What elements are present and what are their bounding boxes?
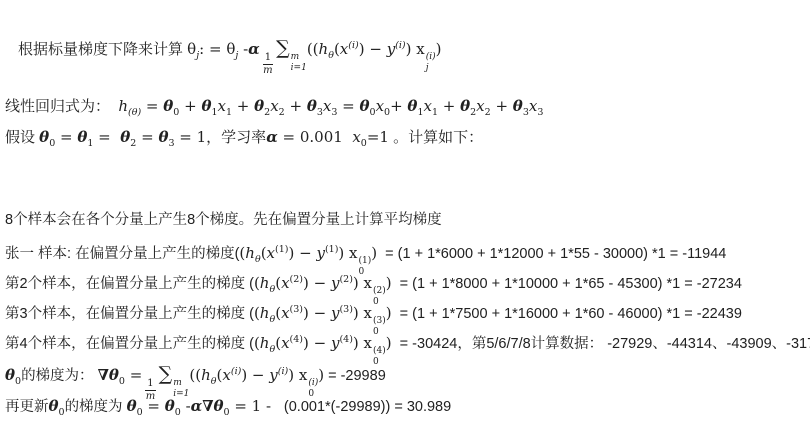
- text-run: 张一 样本: 在: [5, 246, 90, 262]
- formula: θ0: [5, 366, 21, 384]
- text-run: = -29989: [324, 368, 386, 384]
- summation-symbol: ∑mi=1: [276, 40, 307, 58]
- text-run: = (1 + 1*6000 + 1*12000 + 1*55 - 30000) …: [377, 246, 726, 262]
- text-run: 的梯度为: [65, 399, 127, 415]
- formula: (hθ(x(1)) − y(1)) x(1)0): [239, 244, 377, 262]
- text-run: = -30424，第5/6/7/8计算数据： -27929、-44314、-43…: [392, 336, 810, 352]
- formula: h(θ) = θ0 + θ1x1 + θ2x2 + θ3x3 = θ0x0+ θ…: [118, 97, 543, 115]
- formula: θ0 = θ0 -α∇θ0 = 1 -: [127, 397, 276, 415]
- intro-scalar-gradient-formula: 根据标量梯度下降来计算 θj: = θj -α1m∑mi=1((hθ(x(i))…: [18, 36, 441, 76]
- theta0-update-line: 再更新θ0的梯度为 θ0 = θ0 -α∇θ0 = 1 - (0.001*(-2…: [5, 396, 451, 423]
- text-run: 上产生的梯度 (: [158, 276, 254, 292]
- formula-maroon: 1m∑mi=1((hθ(x(i)) − y(i)) x(i)0): [142, 366, 324, 384]
- formula: (hθ(x(4)) − y(4)) x(4)0): [254, 334, 392, 352]
- text-run: 上产生的梯度 (: [158, 306, 254, 322]
- formula-maroon: θj: = θj -α1m∑mi=1((hθ(x(i)) − y(i)) x(i…: [187, 40, 441, 58]
- text-run: 上产生的梯度 (: [158, 336, 254, 352]
- summation-symbol: ∑mi=1: [159, 366, 190, 384]
- text-run: 第4个样本，在: [5, 336, 100, 352]
- formula: θ0 = θ1 = θ2 = θ3 = 1: [39, 128, 206, 146]
- text-run: 假设: [5, 129, 39, 146]
- text-run: 的梯度为：: [21, 368, 98, 384]
- bias-component-highlight: 偏置分量: [100, 276, 158, 292]
- text-run: 上产生的梯度(: [148, 246, 240, 262]
- text-run: (0.001*(-29989)) = 30.989: [276, 399, 451, 415]
- formula: (hθ(x(3)) − y(3)) x(3)0): [254, 304, 392, 322]
- formula: α = 0.001 x0=1: [266, 128, 389, 146]
- formula: (hθ(x(2)) − y(2)) x(2)0): [254, 274, 392, 292]
- text-run: 。计算如下：: [389, 129, 483, 146]
- text-run: 8个样本会在各个分量上产生8个梯度。先在偏置分量上计算平均梯度: [5, 212, 442, 228]
- text-run: ，学习率: [206, 129, 266, 146]
- formula: θ0: [49, 397, 65, 415]
- text-run: = (1 + 1*8000 + 1*10000 + 1*65 - 45300) …: [392, 276, 742, 292]
- assumptions-line: 假设 θ0 = θ1 = θ2 = θ3 = 1，学习率α = 0.001 x0…: [5, 127, 483, 154]
- bias-component-highlight: 偏置分量: [100, 306, 158, 322]
- text-run: = (1 + 1*7500 + 1*16000 + 1*60 - 46000) …: [392, 306, 742, 322]
- text-run: 第3个样本，在: [5, 306, 100, 322]
- bias-component-highlight: 偏置分量: [90, 246, 148, 262]
- fraction: 1m: [263, 52, 273, 76]
- linear-regression-equation: 线性回归式为： h(θ) = θ0 + θ1x1 + θ2x2 + θ3x3 =…: [5, 96, 543, 123]
- text-run: 再更新: [5, 399, 49, 415]
- text-run: 根据标量梯度下降来计算: [18, 41, 187, 58]
- samples-intro-line: 8个样本会在各个分量上产生8个梯度。先在偏置分量上计算平均梯度: [5, 210, 442, 230]
- formula: ∇θ0 =: [98, 366, 143, 384]
- text-run: 线性回归式为：: [5, 98, 118, 115]
- document-page: 根据标量梯度下降来计算 θj: = θj -α1m∑mi=1((hθ(x(i))…: [0, 0, 810, 432]
- text-run: 第2个样本，在: [5, 276, 100, 292]
- bias-component-highlight: 偏置分量: [100, 336, 158, 352]
